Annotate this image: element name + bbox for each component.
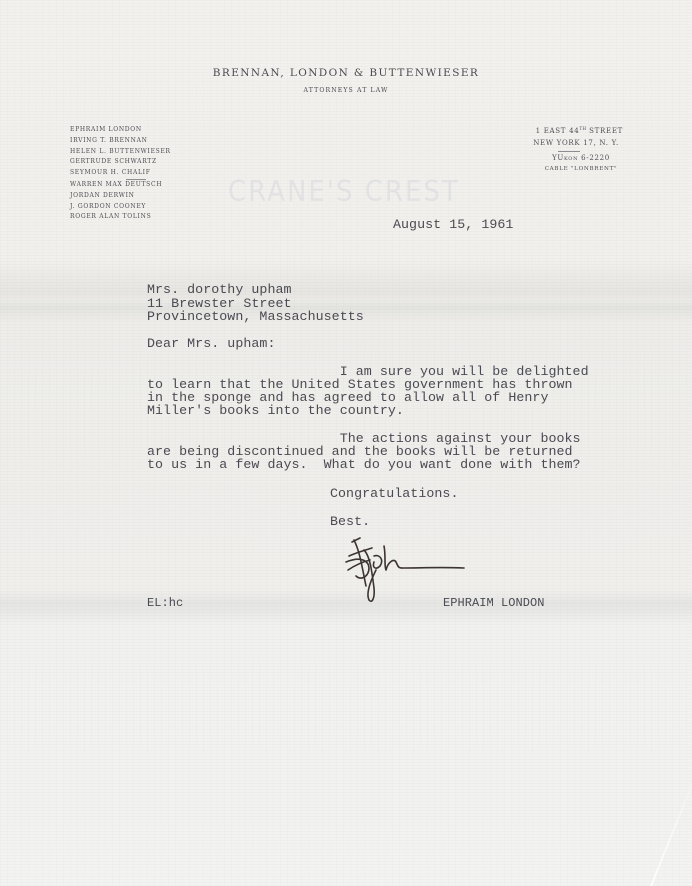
body-line: Miller's books into the country. <box>147 404 589 417</box>
partner-name: SEYMOUR H. CHALIF <box>70 168 171 179</box>
partner-name: EPHRAIM LONDON <box>70 125 171 136</box>
phone-exchange-rest: KON <box>564 156 578 162</box>
recipient-street: 11 Brewster Street <box>147 297 364 311</box>
street-name: STREET <box>586 127 623 135</box>
recipient-address: Mrs. dorothy upham11 Brewster StreetProv… <box>147 283 364 324</box>
typist-initials: EL:hc <box>147 597 183 610</box>
partner-name: GERTRUDE SCHWARTZ <box>70 157 171 168</box>
associate-name: ROGER ALAN TOLINS <box>70 212 171 223</box>
body-paragraph-1: I am sure you will be delightedto learn … <box>147 365 589 417</box>
associate-name: J. GORDON COONEY <box>70 202 171 213</box>
street-address: 1 EAST 44TH STREET <box>500 123 640 137</box>
salutation: Dear Mrs. upham: <box>147 337 275 350</box>
recipient-name: Mrs. dorothy upham <box>147 283 364 297</box>
partner-name: HELEN L. BUTTENWIESER <box>70 147 171 158</box>
body-paragraph-2: The actions against your booksare being … <box>147 432 581 471</box>
firm-address: 1 EAST 44TH STREET NEW YORK 17, N. Y. YU… <box>500 123 640 174</box>
street-number: 1 EAST 44 <box>536 127 580 135</box>
paper-watermark: CRANE'S CREST <box>228 176 460 209</box>
cable-address: CABLE "LONBRENT" <box>500 165 640 174</box>
phone-number: 6-2220 <box>578 154 610 162</box>
closing-congratulations: Congratulations. <box>330 487 458 500</box>
partner-name: IRVING T. BRENNAN <box>70 136 171 147</box>
letter-page: BRENNAN, LONDON & BUTTENWIESER ATTORNEYS… <box>0 0 692 886</box>
firm-subtitle: ATTORNEYS AT LAW <box>0 87 692 94</box>
phone-line: YUKON 6-2220 <box>500 153 640 165</box>
paper-crease <box>650 766 692 886</box>
associate-name: WARREN MAX DEUTSCH <box>70 180 171 191</box>
city-line: NEW YORK 17, N. Y. <box>500 137 640 149</box>
phone-exchange-prefix: YU <box>552 154 564 162</box>
closing-best: Best. <box>330 515 370 528</box>
associate-name: JORDAN DERWIN <box>70 191 171 202</box>
partners-list: EPHRAIM LONDON IRVING T. BRENNAN HELEN L… <box>70 125 171 223</box>
body-line: to us in a few days. What do you want do… <box>147 458 581 471</box>
signer-name: EPHRAIM LONDON <box>443 597 545 610</box>
letter-date: August 15, 1961 <box>393 218 513 231</box>
recipient-city: Provincetown, Massachusetts <box>147 310 364 324</box>
firm-name: BRENNAN, LONDON & BUTTENWIESER <box>0 67 692 79</box>
